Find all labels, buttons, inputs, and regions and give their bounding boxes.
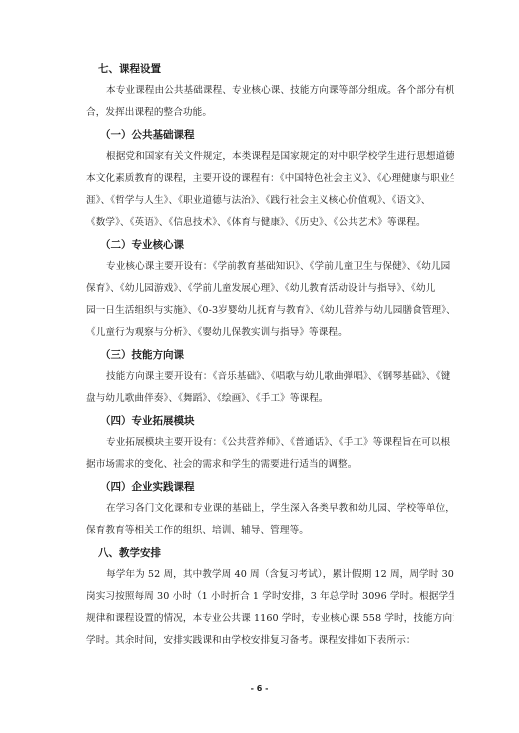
text-line: 《儿童行为观察与分析》、《婴幼儿保教实训与指导》等课程。	[86, 322, 454, 344]
section-heading-course-setup: 七、课程设置	[98, 58, 454, 80]
text-line: 专业拓展模块主要开设有：《公共营养师》、《普通话》、《手工》等课程旨在可以根	[86, 432, 454, 454]
text-line: 盘与幼儿歌曲伴奏》、《舞蹈》、《绘画》、《手工》等课程。	[86, 388, 454, 410]
subheading-enterprise-practice: （四）企业实践课程	[100, 476, 454, 498]
text-line: 据市场需求的变化、社会的需求和学生的需要进行适当的调整。	[86, 454, 454, 476]
paragraph-core-courses: 专业核心课主要开设有：《学前教育基础知识》、《学前儿童卫生与保健》、《幼儿园 保…	[86, 256, 454, 344]
document-page: 七、课程设置 本专业课程由公共基础课程、专业核心课、技能方向课等部分组成。各个部…	[0, 0, 519, 733]
page-number: - 6 -	[0, 684, 519, 693]
text-line: 专业核心课主要开设有：《学前教育基础知识》、《学前儿童卫生与保健》、《幼儿园	[86, 256, 454, 278]
text-line: 《数学》、《英语》、《信息技术》、《体育与健康》、《历史》、《公共艺术》等课程。	[86, 212, 454, 234]
text-line: 技能方向课主要开设有：《音乐基础》、《唱歌与幼儿歌曲弹唱》、《钢琴基础》、《键	[86, 366, 454, 388]
text-line: 合，发挥出课程的整合功能。	[86, 102, 454, 124]
text-line: 规律和课程设置的情况，本专业公共课 1160 学时，专业核心课 558 学时，技…	[86, 608, 454, 630]
subheading-skill-courses: （三）技能方向课	[100, 344, 454, 366]
text-line: 根据党和国家有关文件规定，本类课程是国家规定的对中职学校学生进行思想道德和基	[86, 146, 454, 168]
paragraph-teaching-schedule: 每学年为 52 周，其中教学周 40 周（含复习考试），累计假期 12 周，周学…	[86, 564, 454, 652]
subheading-core-courses: （二）专业核心课	[100, 234, 454, 256]
text-line: 涯》、《哲学与人生》、《职业道德与法治》、《践行社会主义核心价值观》、《语文》、	[86, 190, 454, 212]
subheading-public-courses: （一）公共基础课程	[100, 124, 454, 146]
text-line: 岗实习按照每周 30 小时（1 小时折合 1 学时安排，3 年总学时 3096 …	[86, 586, 454, 608]
subheading-extension-module: （四）专业拓展模块	[100, 410, 454, 432]
text-line: 保育》、《幼儿园游戏》、《学前儿童发展心理》、《幼儿教育活动设计与指导》、《幼儿	[86, 278, 454, 300]
page-content: 七、课程设置 本专业课程由公共基础课程、专业核心课、技能方向课等部分组成。各个部…	[86, 58, 454, 652]
text-line: 在学习各门文化课和专业课的基础上，学生深入各类早教和幼儿园、学校等单位，从事	[86, 498, 454, 520]
paragraph-public-courses: 根据党和国家有关文件规定，本类课程是国家规定的对中职学校学生进行思想道德和基 本…	[86, 146, 454, 234]
text-line: 学时。其余时间，安排实践课和由学校安排复习备考。课程安排如下表所示：	[86, 630, 454, 652]
section-heading-teaching-schedule: 八、教学安排	[98, 542, 454, 564]
text-line: 园一日生活组织与实施》、《0-3岁婴幼儿抚育与教育》、《幼儿营养与幼儿园膳食管理…	[86, 300, 454, 322]
text-line: 保育教育等相关工作的组织、培训、辅导、管理等。	[86, 520, 454, 542]
paragraph-skill-courses: 技能方向课主要开设有：《音乐基础》、《唱歌与幼儿歌曲弹唱》、《钢琴基础》、《键 …	[86, 366, 454, 410]
text-line: 每学年为 52 周，其中教学周 40 周（含复习考试），累计假期 12 周，周学…	[86, 564, 454, 586]
paragraph-intro: 本专业课程由公共基础课程、专业核心课、技能方向课等部分组成。各个部分有机地结 合…	[86, 80, 454, 124]
text-line: 本专业课程由公共基础课程、专业核心课、技能方向课等部分组成。各个部分有机地结	[86, 80, 454, 102]
paragraph-enterprise-practice: 在学习各门文化课和专业课的基础上，学生深入各类早教和幼儿园、学校等单位，从事 保…	[86, 498, 454, 542]
paragraph-extension-module: 专业拓展模块主要开设有：《公共营养师》、《普通话》、《手工》等课程旨在可以根 据…	[86, 432, 454, 476]
text-line: 本文化素质教育的课程，主要开设的课程有：《中国特色社会主义》、《心理健康与职业生	[86, 168, 454, 190]
